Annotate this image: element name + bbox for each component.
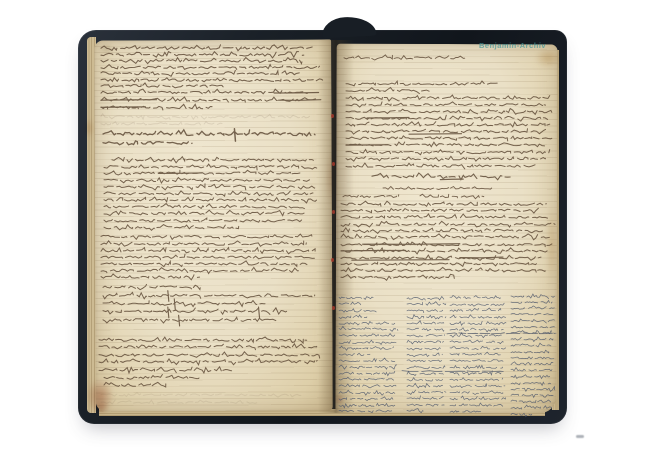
photo-canvas: Benjamin-Archiv (0, 0, 648, 460)
photo-artifact (576, 435, 584, 438)
handwriting-overlay (0, 0, 648, 460)
